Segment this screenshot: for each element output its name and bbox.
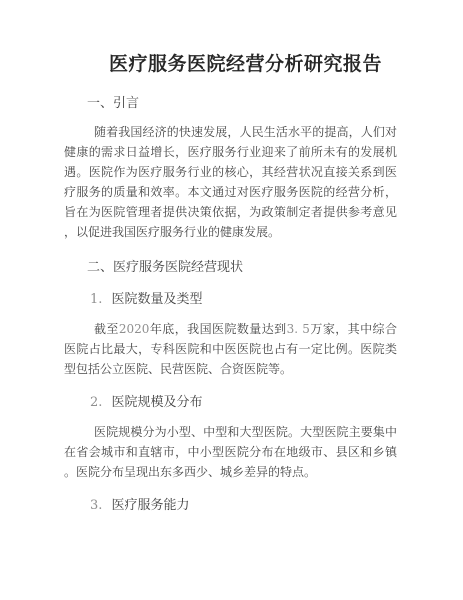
paragraph-hospital-count-type: 截至2020年底，我国医院数量达到3. 5万家，其中综合医院占比最大，专科医院和… [64, 319, 397, 379]
document-page: 医疗服务医院经营分析研究报告 一、引言 随着我国经济的快速发展，人民生活水平的提… [0, 0, 463, 600]
section-heading-introduction: 一、引言 [87, 94, 397, 112]
subheading-hospital-count-type: 1. 医院数量及类型 [90, 290, 397, 309]
numeral: 2. [90, 395, 112, 410]
document-title: 医疗服务医院经营分析研究报告 [94, 52, 397, 78]
subheading-medical-service-capability: 3. 医疗服务能力 [90, 496, 397, 515]
subheading-hospital-scale-distribution: 2. 医院规模及分布 [90, 393, 397, 412]
numeral: 1. [90, 292, 112, 307]
paragraph-introduction: 随着我国经济的快速发展，人民生活水平的提高，人们对健康的需求日益增长，医疗服务行… [64, 122, 397, 242]
numeral: 3. 5 [287, 322, 310, 336]
section-heading-operating-status: 二、医疗服务医院经营现状 [87, 258, 397, 276]
document-content: 医疗服务医院经营分析研究报告 一、引言 随着我国经济的快速发展，人民生活水平的提… [0, 0, 463, 515]
numeral: 3. [90, 498, 112, 513]
paragraph-hospital-scale-distribution: 医院规模分为小型、中型和大型医院。大型医院主要集中在省会城市和直辖市，中小型医院… [64, 422, 397, 482]
numeral: 2020 [119, 322, 150, 336]
